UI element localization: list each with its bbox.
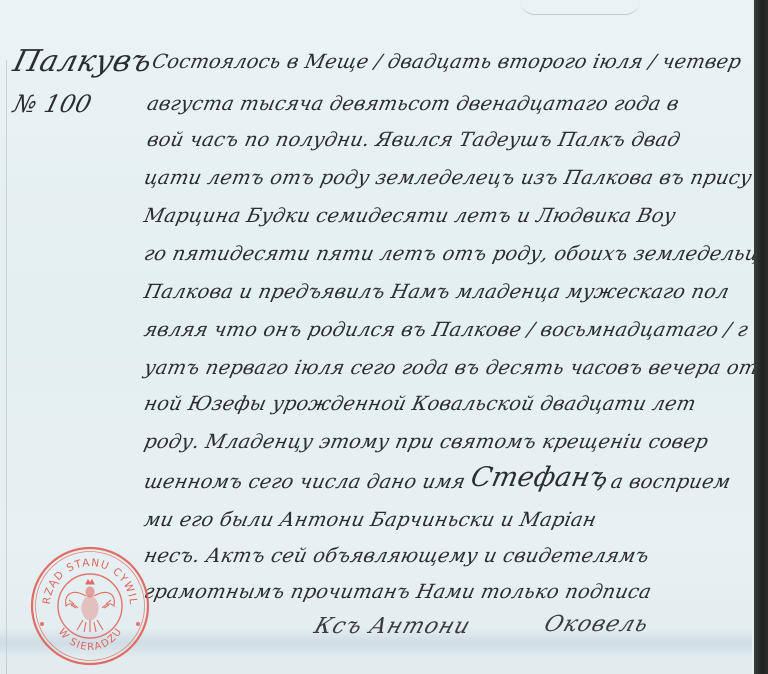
- margin-surname: Палкувъ: [10, 44, 156, 79]
- signature-priest: Ксъ Антони: [311, 614, 474, 639]
- text-line-6: го пятидесяти пяти летъ отъ роду, обоихъ…: [142, 242, 768, 265]
- text-line-8: являя что онъ родился въ Палкове / восьм…: [142, 318, 750, 341]
- top-scribble-mark: [520, 0, 640, 15]
- text-line-10: ной Юзефы урожденной Ковальской двадцати…: [142, 392, 698, 415]
- text-line-13: ми его были Антони Барчиньски и Маріан: [142, 508, 599, 531]
- text-line-3: вой часъ по полудни. Явился Тадеушъ Палк…: [145, 128, 683, 151]
- child-name: Стефанъ: [468, 462, 611, 493]
- margin-record-number: № 100: [11, 90, 95, 118]
- left-margin-line: [6, 60, 7, 674]
- text-line-12: шенномъ сего числа дано имя: [142, 470, 468, 493]
- text-line-2: августа тысяча девятьсот двенадцатаго го…: [145, 92, 681, 115]
- scan-edge-border: [754, 0, 768, 674]
- text-line-1: Состоялось в Меще / двадцать второго іюл…: [150, 50, 744, 73]
- text-line-9: уатъ перваго іюля сего года въ десять ча…: [142, 356, 760, 379]
- text-line-5: Марцина Будки семидесяти летъ и Людвика …: [142, 204, 678, 227]
- text-line-4: цати летъ отъ роду земледелецъ изъ Палко…: [142, 166, 754, 189]
- eagle-stamp-icon: URZĄD STANU CYWILNEGO W SIERADZU: [28, 544, 152, 668]
- text-line-7: Палкова и предъявилъ Намъ младенца мужес…: [142, 280, 731, 303]
- text-line-14: несъ. Актъ сей объявляющему и свидетелям…: [142, 544, 651, 567]
- text-line-12-cont: , а восприем: [596, 470, 733, 493]
- official-stamp: URZĄD STANU CYWILNEGO W SIERADZU: [28, 544, 152, 668]
- text-line-15: грамотнымъ прочитанъ Нами только подписа: [142, 580, 654, 603]
- signature-registrar: Оковель: [541, 612, 652, 637]
- document-page: Палкувъ № 100 Состоялось в Меще / двадца…: [0, 0, 752, 674]
- text-line-11: роду. Младенцу этому при святомъ крещені…: [142, 430, 710, 453]
